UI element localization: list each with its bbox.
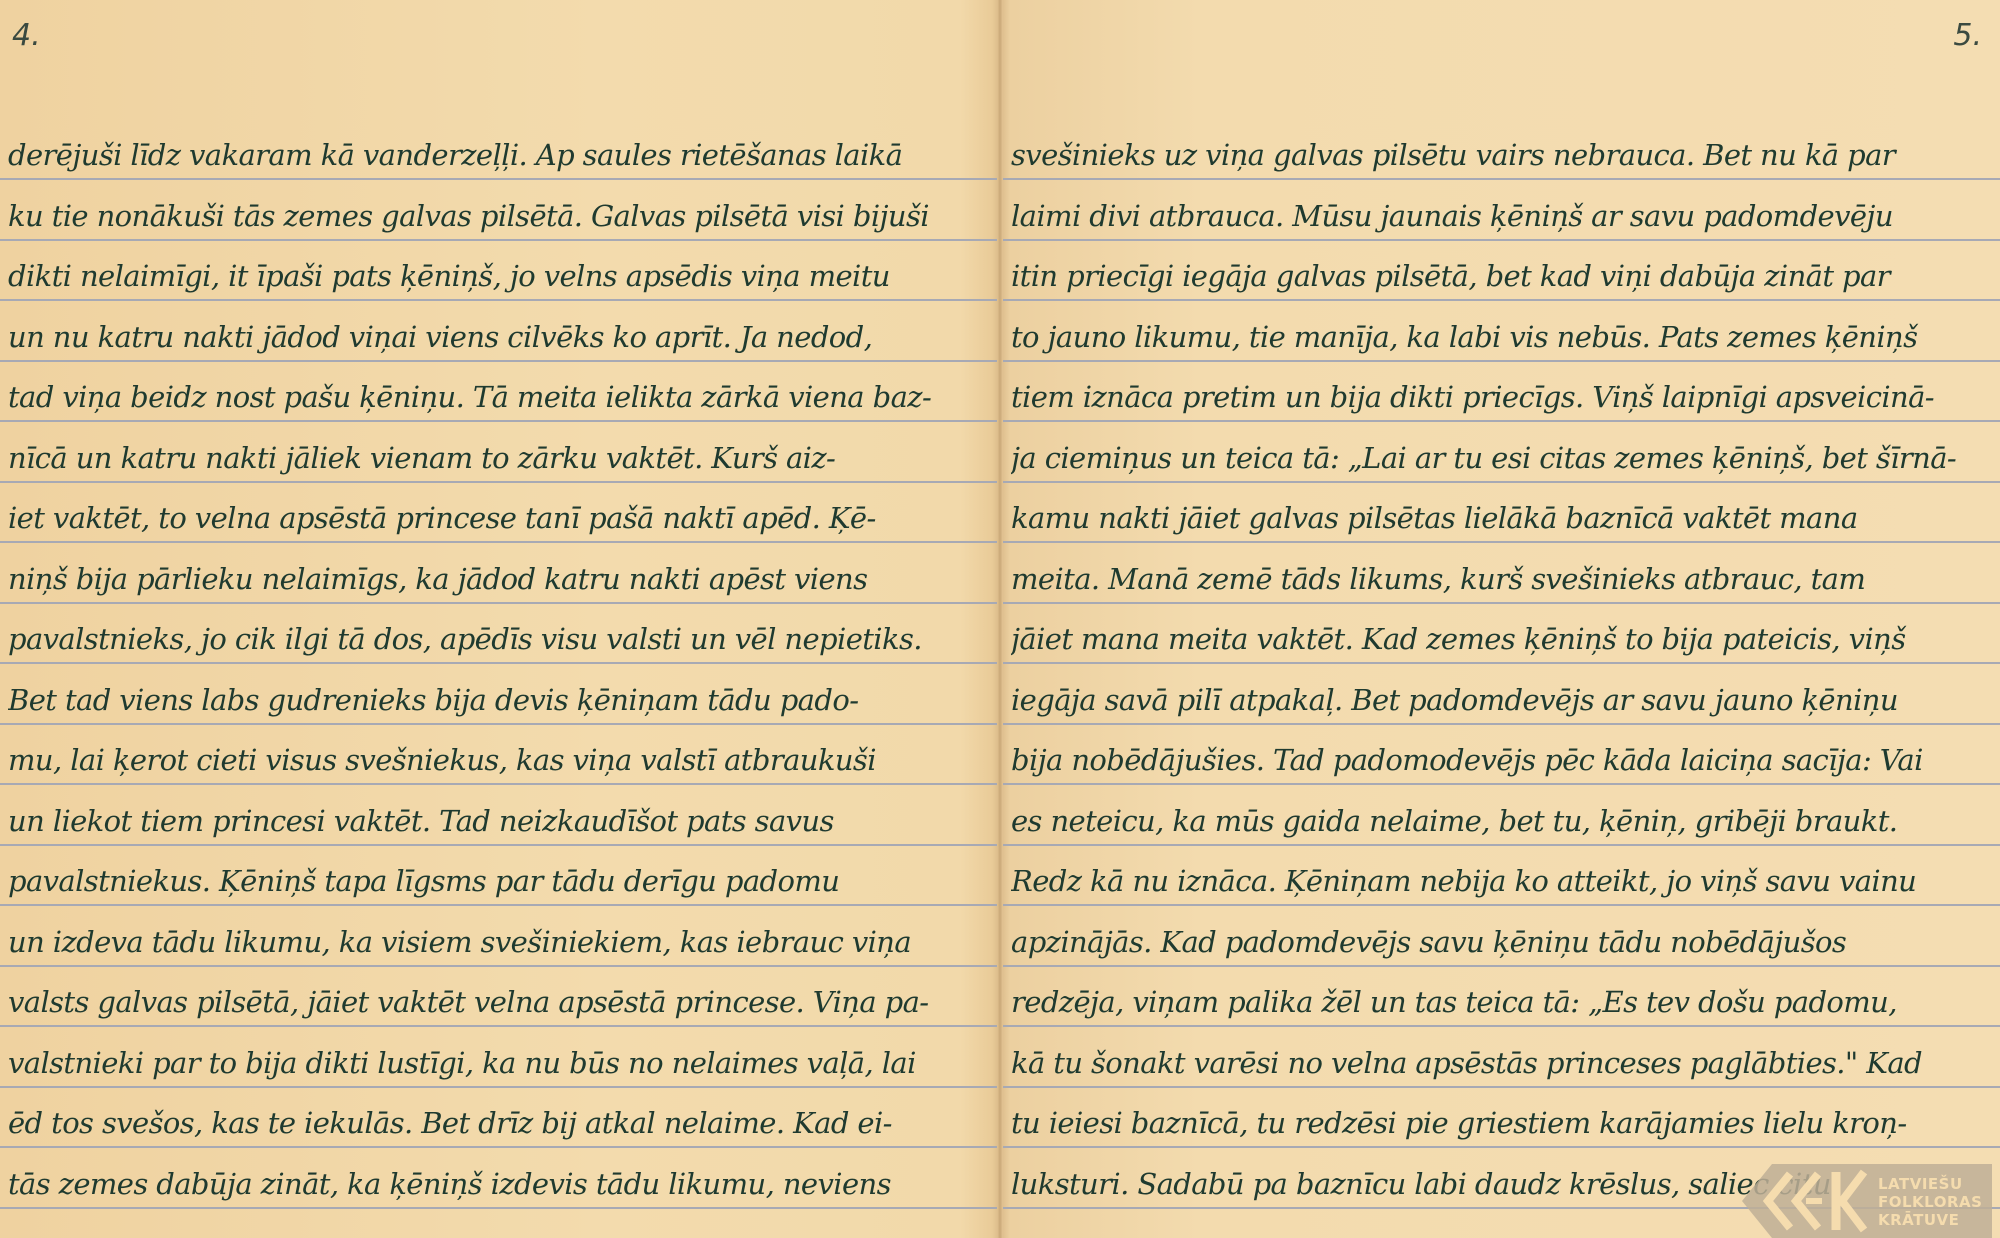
page-number: 5. (1953, 18, 1982, 53)
handwritten-line: kamu nakti jāiet galvas pilsētas lielākā… (1011, 501, 1992, 535)
page-number: 4. (12, 18, 41, 53)
handwritten-line: tu ieiesi baznīcā, tu redzēsi pie griest… (1011, 1106, 1992, 1140)
ruled-line: ēd tos svešos, kas te iekulās. Bet drīz … (0, 1086, 997, 1148)
handwritten-line: mu, lai ķerot cieti visus svešniekus, ka… (8, 743, 989, 777)
lfk-logo-icon (1742, 1164, 1872, 1238)
ruled-line: un nu katru nakti jādod viņai viens cilv… (0, 300, 997, 362)
ruled-line: redzēja, viņam palika žēl un tas teica t… (1003, 965, 2000, 1027)
ruled-line: iegāja savā pilī atpakaļ. Bet padomdevēj… (1003, 663, 2000, 725)
watermark-text: LATVIEŠU FOLKLORAS KRĀTUVE (1872, 1164, 1992, 1238)
ruled-line: nīcā un katru nakti jāliek vienam to zār… (0, 421, 997, 483)
handwritten-line: laimi divi atbrauca. Mūsu jaunais ķēniņš… (1011, 199, 1992, 233)
notebook-spread: 4. derējuši līdz vakaram kā vanderzeļļi.… (0, 0, 2000, 1238)
handwritten-line: svešinieks uz viņa galvas pilsētu vairs … (1011, 138, 1992, 172)
ruled-line: mu, lai ķerot cieti visus svešniekus, ka… (0, 723, 997, 785)
handwritten-line: apzinājās. Kad padomdevējs savu ķēniņu t… (1011, 925, 1992, 959)
ruled-line: valstnieki par to bija dikti lustīgi, ka… (0, 1026, 997, 1088)
handwritten-line: tās zemes dabūja zināt, ka ķēniņš izdevi… (8, 1167, 989, 1201)
handwritten-line: ku tie nonākuši tās zemes galvas pilsētā… (8, 199, 989, 233)
ruled-line: un izdeva tādu likumu, ka visiem svešini… (0, 905, 997, 967)
handwritten-line: iegāja savā pilī atpakaļ. Bet padomdevēj… (1011, 683, 1992, 717)
ruled-line: bija nobēdājušies. Tad padomodevējs pēc … (1003, 723, 2000, 785)
ruled-line: pavalstniekus. Ķēniņš tapa līgsms par tā… (0, 844, 997, 906)
ruled-line: apzinājās. Kad padomdevējs savu ķēniņu t… (1003, 905, 2000, 967)
ruled-line: dikti nelaimīgi, it īpaši pats ķēniņš, j… (0, 239, 997, 301)
handwritten-line: valstnieki par to bija dikti lustīgi, ka… (8, 1046, 989, 1080)
handwritten-line: un izdeva tādu likumu, ka visiem svešini… (8, 925, 989, 959)
watermark-line: KRĀTUVE (1878, 1211, 1982, 1229)
ruled-line: jāiet mana meita vaktēt. Kad zemes ķēniņ… (1003, 602, 2000, 664)
archive-watermark: LATVIEŠU FOLKLORAS KRĀTUVE (1742, 1164, 2000, 1238)
ruled-line: itin priecīgi iegāja galvas pilsētā, bet… (1003, 239, 2000, 301)
handwritten-line: un liekot tiem princesi vaktēt. Tad neiz… (8, 804, 989, 838)
handwritten-line: Redz kā nu iznāca. Ķēniņam nebija ko att… (1011, 864, 1992, 898)
right-page: 5. svešinieks uz viņa galvas pilsētu vai… (1003, 0, 2000, 1238)
left-page: 4. derējuši līdz vakaram kā vanderzeļļi.… (0, 0, 997, 1238)
handwritten-line: pavalstnieks, jo cik ilgi tā dos, apēdīs… (8, 622, 989, 656)
ruled-line: tiem iznāca pretim un bija dikti priecīg… (1003, 360, 2000, 422)
ruled-line: Redz kā nu iznāca. Ķēniņam nebija ko att… (1003, 844, 2000, 906)
ruled-line: derējuši līdz vakaram kā vanderzeļļi. Ap… (0, 118, 997, 180)
ruled-line: tu ieiesi baznīcā, tu redzēsi pie griest… (1003, 1086, 2000, 1148)
handwritten-line: es neteicu, ka mūs gaida nelaime, bet tu… (1011, 804, 1992, 838)
ruled-line: iet vaktēt, to velna apsēstā princese ta… (0, 481, 997, 543)
handwritten-line: un nu katru nakti jādod viņai viens cilv… (8, 320, 989, 354)
ruled-line: laimi divi atbrauca. Mūsu jaunais ķēniņš… (1003, 179, 2000, 241)
handwritten-line: Bet tad viens labs gudrenieks bija devis… (8, 683, 989, 717)
ruled-line: kā tu šonakt varēsi no velna apsēstās pr… (1003, 1026, 2000, 1088)
handwritten-line: nīcā un katru nakti jāliek vienam to zār… (8, 441, 989, 475)
ruled-line: tad viņa beidz nost pašu ķēniņu. Tā meit… (0, 360, 997, 422)
watermark-line: FOLKLORAS (1878, 1193, 1982, 1211)
handwritten-line: tiem iznāca pretim un bija dikti priecīg… (1011, 380, 1992, 414)
handwritten-line: ja ciemiņus un teica tā: „Lai ar tu esi … (1011, 441, 1992, 475)
handwritten-line: redzēja, viņam palika žēl un tas teica t… (1011, 985, 1992, 1019)
ruled-line: to jauno likumu, tie manīja, ka labi vis… (1003, 300, 2000, 362)
handwritten-line: tad viņa beidz nost pašu ķēniņu. Tā meit… (8, 380, 989, 414)
handwritten-line: iet vaktēt, to velna apsēstā princese ta… (8, 501, 989, 535)
handwritten-line: ēd tos svešos, kas te iekulās. Bet drīz … (8, 1106, 989, 1140)
handwritten-line: niņš bija pārlieku nelaimīgs, ka jādod k… (8, 562, 989, 596)
ruled-line: meita. Manā zemē tāds likums, kurš sveši… (1003, 542, 2000, 604)
ruled-line: es neteicu, ka mūs gaida nelaime, bet tu… (1003, 784, 2000, 846)
handwritten-line: to jauno likumu, tie manīja, ka labi vis… (1011, 320, 1992, 354)
watermark-line: LATVIEŠU (1878, 1175, 1982, 1193)
ruled-line: pavalstnieks, jo cik ilgi tā dos, apēdīs… (0, 602, 997, 664)
ruled-line: ja ciemiņus un teica tā: „Lai ar tu esi … (1003, 421, 2000, 483)
ruled-line: kamu nakti jāiet galvas pilsētas lielākā… (1003, 481, 2000, 543)
handwritten-line: derējuši līdz vakaram kā vanderzeļļi. Ap… (8, 138, 989, 172)
handwritten-line: pavalstniekus. Ķēniņš tapa līgsms par tā… (8, 864, 989, 898)
ruled-line: niņš bija pārlieku nelaimīgs, ka jādod k… (0, 542, 997, 604)
ruled-line: valsts galvas pilsētā, jāiet vaktēt veln… (0, 965, 997, 1027)
handwritten-line: itin priecīgi iegāja galvas pilsētā, bet… (1011, 259, 1992, 293)
ruled-line: tās zemes dabūja zināt, ka ķēniņš izdevi… (0, 1147, 997, 1209)
ruled-line: un liekot tiem princesi vaktēt. Tad neiz… (0, 784, 997, 846)
ruled-line: svešinieks uz viņa galvas pilsētu vairs … (1003, 118, 2000, 180)
ruled-line: Bet tad viens labs gudrenieks bija devis… (0, 663, 997, 725)
handwritten-line: jāiet mana meita vaktēt. Kad zemes ķēniņ… (1011, 622, 1992, 656)
handwritten-line: meita. Manā zemē tāds likums, kurš sveši… (1011, 562, 1992, 596)
handwritten-line: valsts galvas pilsētā, jāiet vaktēt veln… (8, 985, 989, 1019)
handwritten-line: kā tu šonakt varēsi no velna apsēstās pr… (1011, 1046, 1992, 1080)
handwritten-line: bija nobēdājušies. Tad padomodevējs pēc … (1011, 743, 1992, 777)
handwritten-line: dikti nelaimīgi, it īpaši pats ķēniņš, j… (8, 259, 989, 293)
ruled-line: ku tie nonākuši tās zemes galvas pilsētā… (0, 179, 997, 241)
